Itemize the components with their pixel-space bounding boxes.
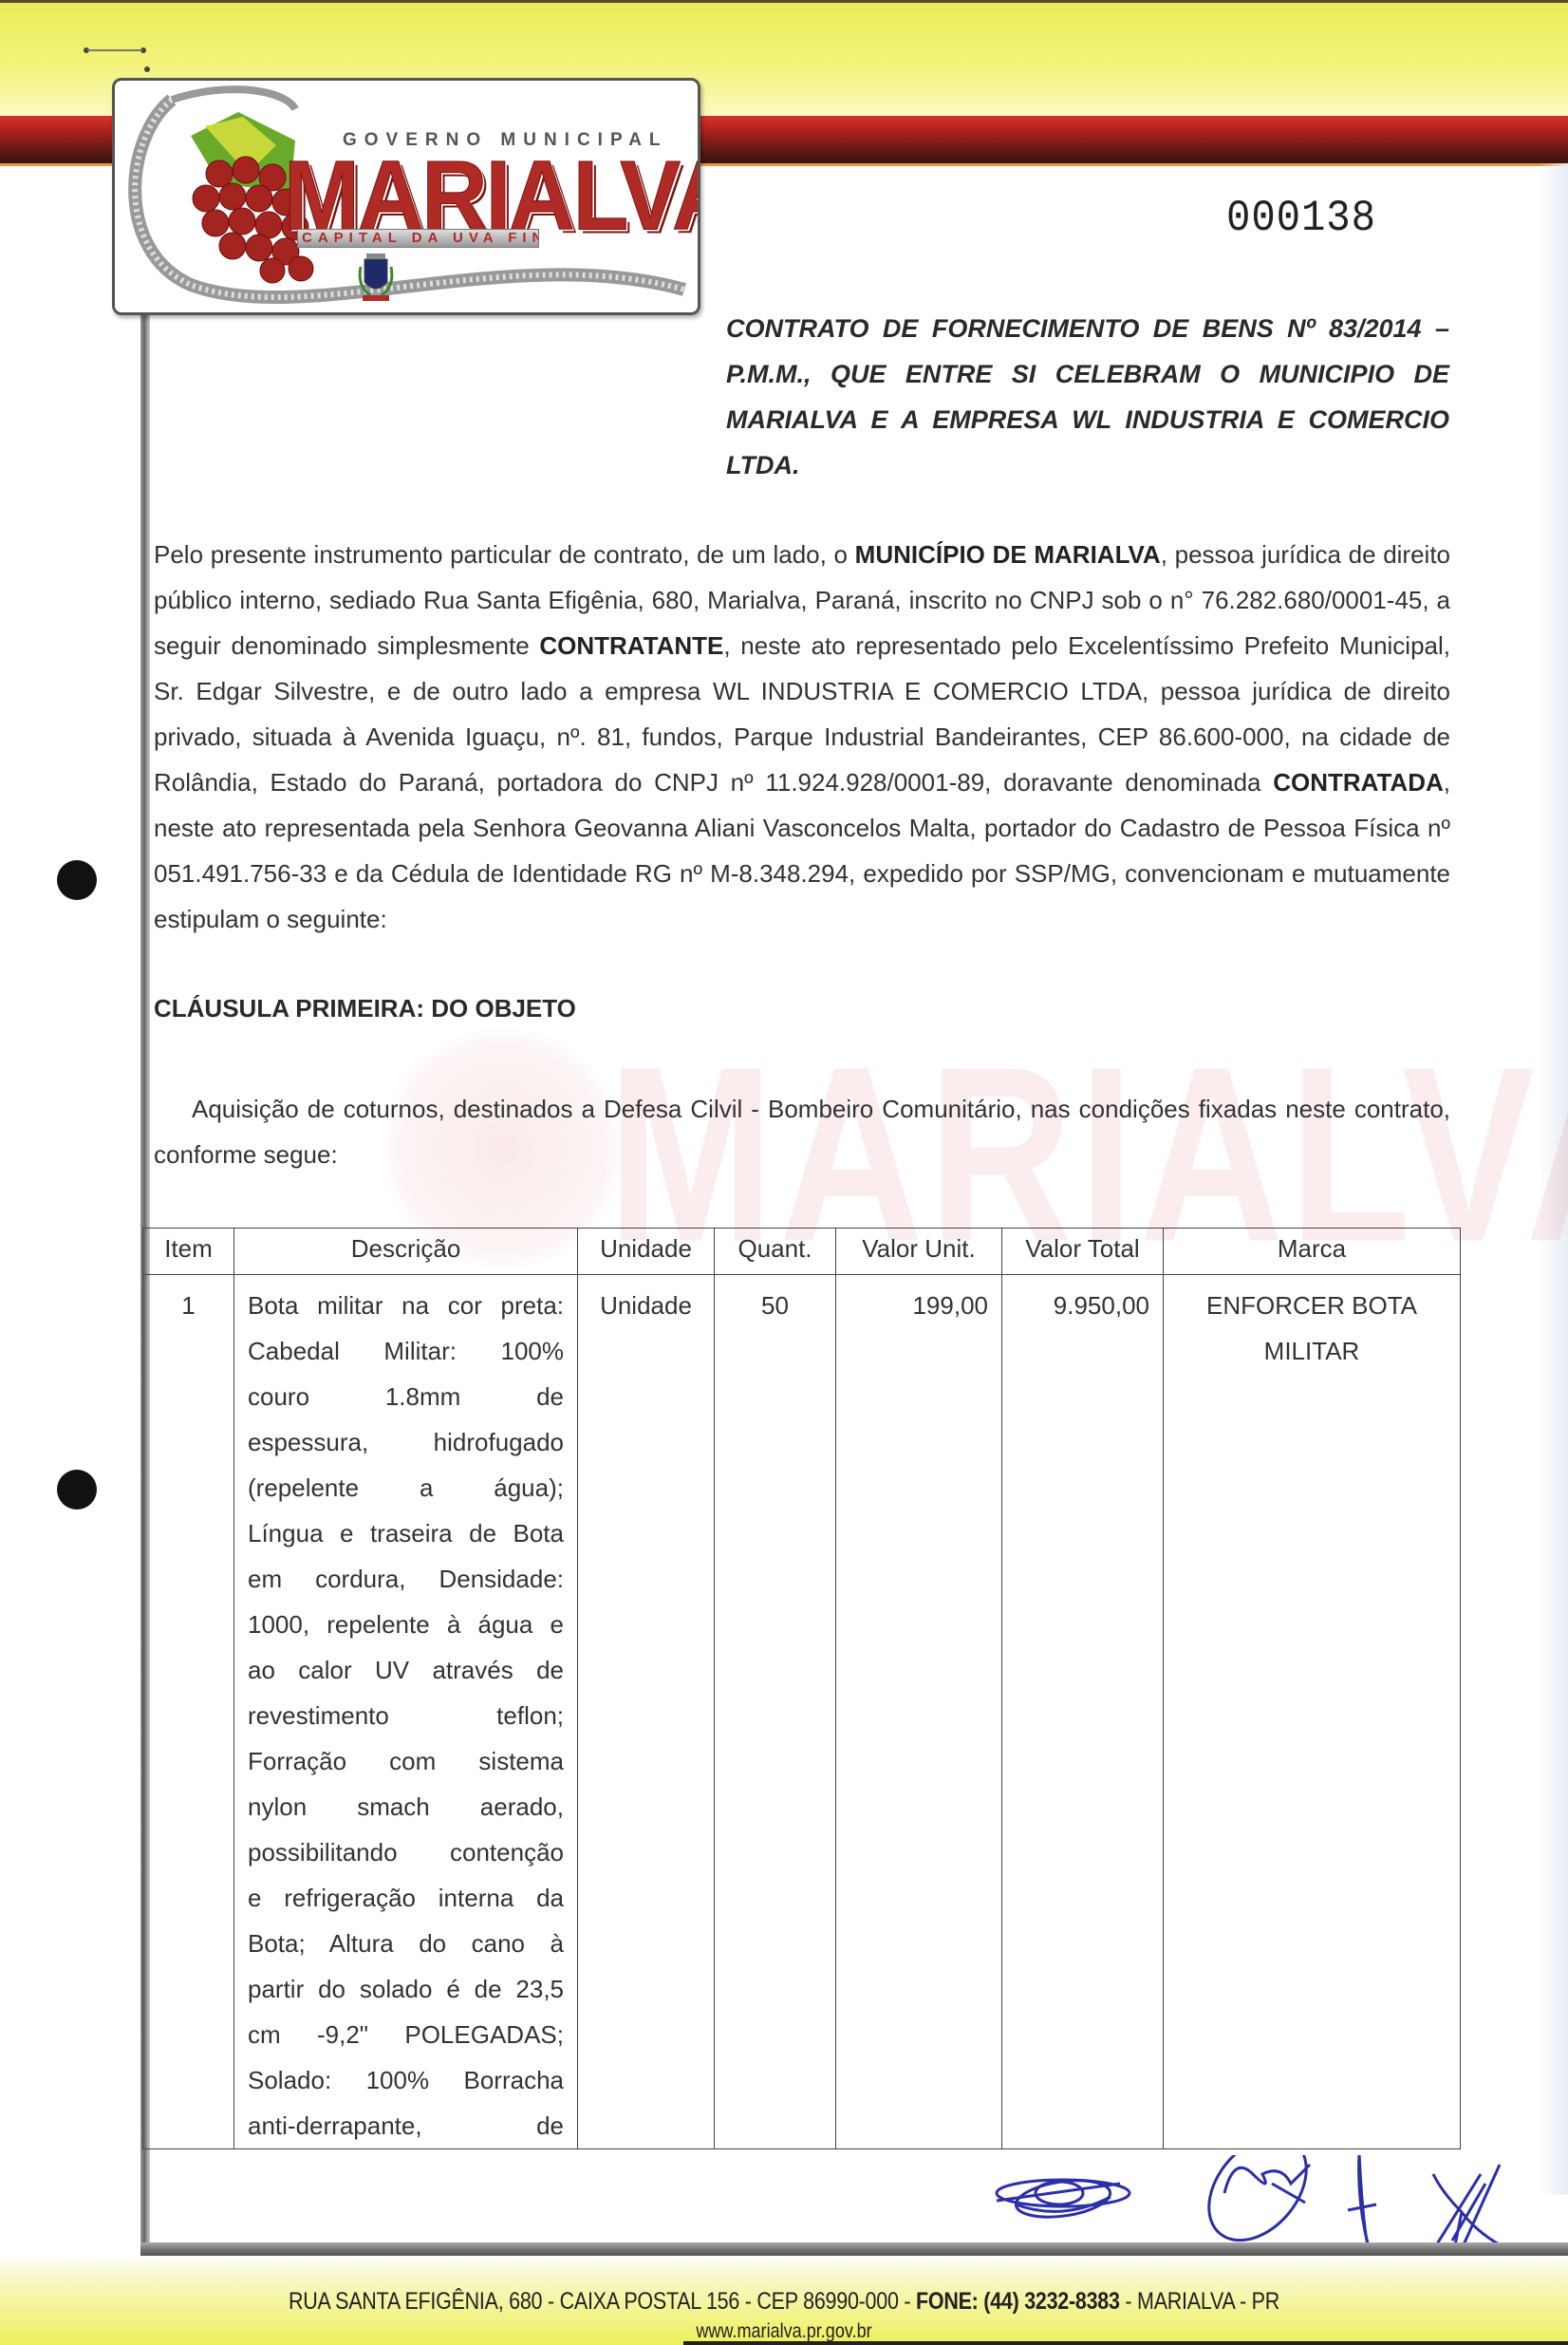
description-line: Língua e traseira de Bota [248,1510,564,1556]
header-quantity: Quant. [715,1229,836,1275]
brand-line: MILITAR [1164,1328,1460,1374]
description-line: Bota; Altura do cano à [248,1921,564,1966]
contratada-label: CONTRATADA [1273,768,1444,797]
header-brand: Marca [1164,1229,1461,1275]
page-frame-bottom [140,2242,1568,2256]
footer-website[interactable]: www.marialva.pr.gov.br [110,2320,1459,2343]
cell-unit-value: 199,00 [836,1275,1002,2149]
intro-text: Pelo presente instrumento particular de … [154,540,855,569]
cell-brand: ENFORCER BOTA MILITAR [1164,1275,1461,2149]
header-item: Item [143,1229,234,1275]
description-line: partir do solado é de 23,5 [248,1966,564,2012]
description-line: revestimento teflon; [248,1693,564,1738]
signature-icon [1348,2155,1376,2248]
cell-unit: Unidade [578,1275,715,2149]
brand-line: ENFORCER BOTA [1164,1283,1460,1328]
footer-phone: FONE: (44) 3232-8383 [916,2288,1120,2315]
header-total-value: Valor Total [1002,1229,1164,1275]
object-paragraph: Aquisição de coturnos, destinados a Defe… [154,1086,1450,1177]
clause-heading: CLÁUSULA PRIMEIRA: DO OBJETO [154,994,576,1023]
coat-of-arms-icon [357,253,395,303]
logo-slogan: CAPITAL DA UVA FINA [297,229,539,248]
intro-paragraph: Pelo presente instrumento particular de … [154,532,1450,942]
table-header-row: Item Descrição Unidade Quant. Valor Unit… [143,1229,1461,1275]
description-line: espessura, hidrofugado [248,1419,564,1465]
staple-mark-icon [144,66,150,72]
cell-total-value: 9.950,00 [1002,1275,1164,2149]
description-line: Forração com sistema [248,1738,564,1784]
header-unit: Unidade [578,1229,715,1275]
marialva-logo: GOVERNO MUNICIPAL MARIALVA CAPITAL DA UV… [112,78,700,315]
signature-icon [997,2175,1129,2223]
header-unit-value: Valor Unit. [836,1229,1002,1275]
description-line: nylon smach aerado, [248,1784,564,1829]
description-line: Solado: 100% Borracha [248,2057,564,2103]
cell-quantity: 50 [715,1275,836,2149]
footer-address: RUA SANTA EFIGÊNIA, 680 - CAIXA POSTAL 1… [110,2288,1459,2316]
description-line: couro 1.8mm de [248,1374,564,1419]
description-line: e refrigeração interna da [248,1875,564,1921]
items-table: Item Descrição Unidade Quant. Valor Unit… [142,1228,1461,2149]
header-description: Descrição [234,1229,578,1275]
description-line: (repelente a água); [248,1465,564,1510]
staple-line [87,49,142,51]
footer-city: - MARIALVA - PR [1120,2288,1279,2315]
table-row: 1 Bota militar na cor preta: Cabedal Mil… [143,1275,1461,2149]
description-line: cm -9,2" POLEGADAS; [248,2012,564,2057]
contratante-entity: MUNICÍPIO DE MARIALVA [855,540,1161,569]
description-line: ao calor UV através de [248,1647,564,1693]
contract-title: CONTRATO DE FORNECIMENTO DE BENS Nº 83/2… [726,306,1449,488]
footer-address-text: RUA SANTA EFIGÊNIA, 680 - CAIXA POSTAL 1… [289,2288,916,2315]
description-line: Cabedal Militar: 100% [248,1328,564,1374]
description-line: anti-derrapante, de [248,2103,564,2148]
description-line: Bota militar na cor preta: [248,1283,564,1328]
page-number-stamp: 000138 [1226,194,1376,243]
punch-hole-icon [57,860,97,900]
description-line: possibilitando contenção [248,1829,564,1875]
punch-hole-icon [57,1470,97,1510]
cell-description: Bota militar na cor preta: Cabedal Milit… [234,1275,578,2149]
description-line: 1000, repelente à água e [248,1602,564,1647]
contratante-label: CONTRATANTE [539,631,723,660]
description-line: em cordura, Densidade: [248,1556,564,1602]
cell-item: 1 [143,1275,234,2149]
